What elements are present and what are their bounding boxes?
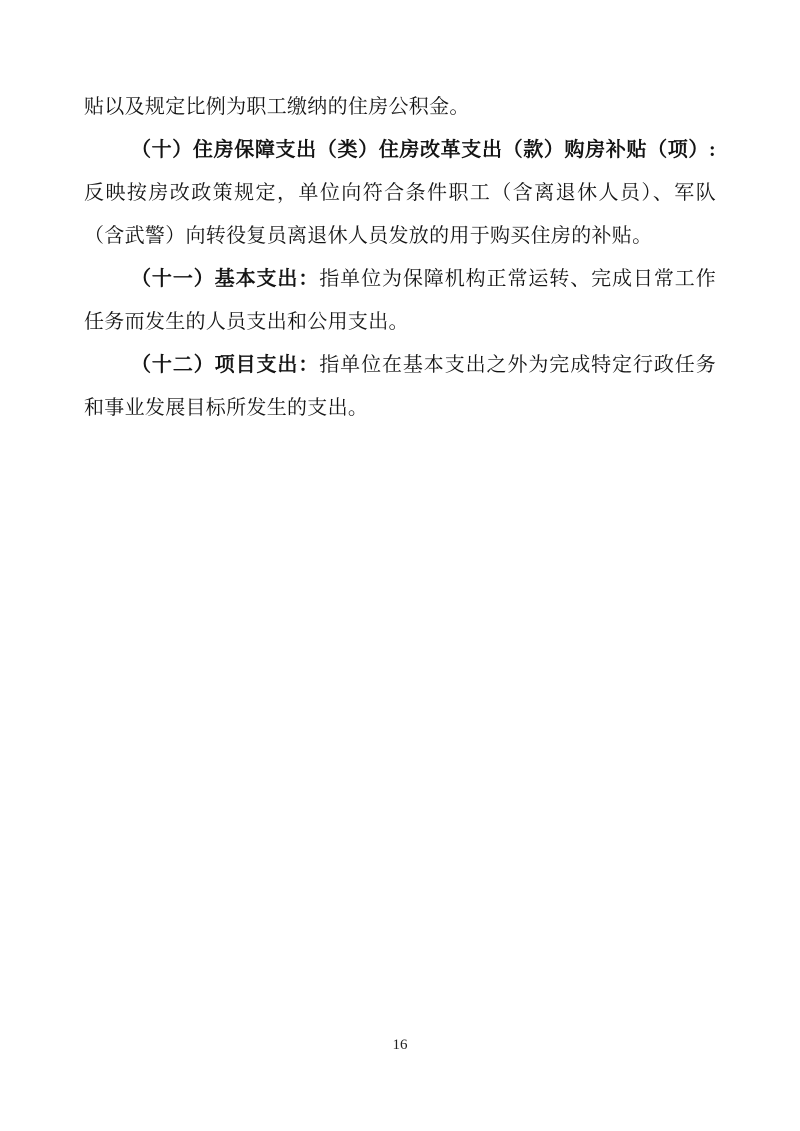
text-line: 和事业发展目标所发生的支出。 <box>84 387 716 430</box>
text-line: （十）住房保障支出（类）住房改革支出（款）购房补贴（项）: <box>84 129 716 172</box>
text-line: （十二）项目支出：指单位在基本支出之外为完成特定行政任务 <box>84 344 716 387</box>
bold-text-run: （十二）项目支出： <box>131 354 319 376</box>
bold-text-run: （十一）基本支出： <box>131 268 319 290</box>
page-number: 16 <box>0 1035 800 1055</box>
text-run: 任务而发生的人员支出和公用支出。 <box>84 311 409 333</box>
text-run: 指单位在基本支出之外为完成特定行政任务 <box>319 354 716 376</box>
text-line: 贴以及规定比例为职工缴纳的住房公积金。 <box>84 86 716 129</box>
text-line: 反映按房改政策规定，单位向符合条件职工（含离退休人员）、军队 <box>84 172 716 215</box>
document-body: 贴以及规定比例为职工缴纳的住房公积金。（十）住房保障支出（类）住房改革支出（款）… <box>84 86 716 430</box>
text-run: 指单位为保障机构正常运转、完成日常工作 <box>319 268 716 290</box>
document-page: 贴以及规定比例为职工缴纳的住房公积金。（十）住房保障支出（类）住房改革支出（款）… <box>0 0 800 1131</box>
text-run: 和事业发展目标所发生的支出。 <box>84 397 368 419</box>
text-line: （含武警）向转役复员离退休人员发放的用于购买住房的补贴。 <box>84 215 716 258</box>
text-run: 贴以及规定比例为职工缴纳的住房公积金。 <box>84 96 470 118</box>
text-line: 任务而发生的人员支出和公用支出。 <box>84 301 716 344</box>
bold-text-run: （十）住房保障支出（类）住房改革支出（款）购房补贴（项）: <box>131 139 716 161</box>
text-line: （十一）基本支出：指单位为保障机构正常运转、完成日常工作 <box>84 258 716 301</box>
text-run: （含武警）向转役复员离退休人员发放的用于购买住房的补贴。 <box>84 225 652 247</box>
text-run: 反映按房改政策规定，单位向符合条件职工（含离退休人员）、军队 <box>84 182 716 204</box>
